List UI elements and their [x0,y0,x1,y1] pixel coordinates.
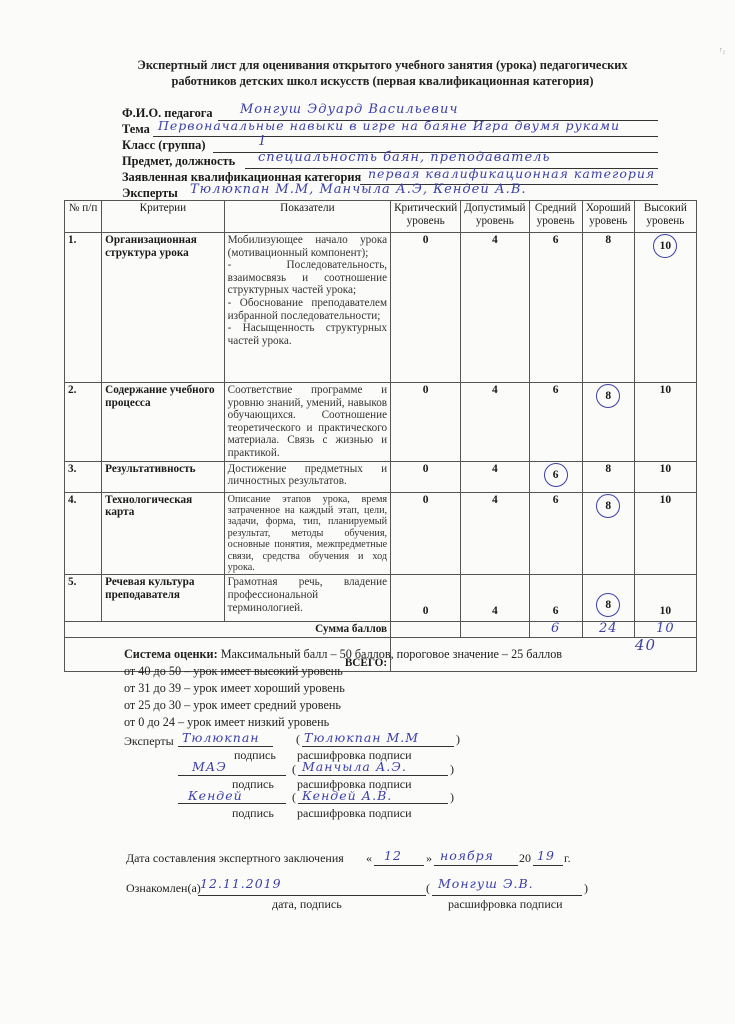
score-value: 0 [423,463,429,475]
expert-signature[interactable]: МАЭ [192,759,227,774]
score-value: 0 [423,605,429,617]
score-option[interactable]: 8 [582,383,634,462]
score-value: 10 [660,605,672,617]
selected-score: 8 [596,494,620,518]
open-paren: ( [296,732,300,747]
ack-decode-caption: расшифровка подписи [448,897,563,912]
document-title: Экспертный лист для оценивания открытого… [120,57,645,89]
score-value: 6 [553,234,559,246]
close-paren: ) [450,790,454,805]
title-line-2: работников детских школ искусств (первая… [120,73,645,89]
table-row: 2.Содержание учебного процессаСоответств… [65,383,697,462]
expert-signature[interactable]: Кендей [188,788,243,803]
table-row: 1.Организационная структура урокаМобилиз… [65,233,697,383]
acknowledged-decoded[interactable]: Монгуш Э.В. [438,876,534,891]
decode-line [302,746,454,747]
ack-open-paren: ( [426,881,430,896]
decode-line [298,775,448,776]
evaluation-table: № п/п Критерии Показатели Критический ур… [64,200,697,672]
sum-row: Сумма баллов 6 24 10 [65,622,697,638]
acknowledged-date[interactable]: 12.11.2019 [200,876,282,891]
table-row: 3.РезультативностьДостижение предметных … [65,461,697,492]
open-paren: ( [292,790,296,805]
score-option[interactable]: 4 [461,461,529,492]
sum-value: 24 [582,622,634,638]
header-criteria: Критерии [102,201,225,233]
table-body: 1.Организационная структура урокаМобилиз… [65,233,697,672]
expert-sheet-page: ↑₂ Экспертный лист для оценивания открыт… [0,0,735,1024]
date-open-quote: « [366,851,372,866]
row-number: 1. [65,233,102,383]
header-level-good: Хороший уровень [582,201,634,233]
score-value: 4 [492,234,498,246]
score-option[interactable]: 10 [634,383,696,462]
date-year-prefix: 20 [519,851,531,866]
expert-decoded[interactable]: Манчыла А.Э. [302,759,407,774]
score-value: 4 [492,384,498,396]
score-option[interactable]: 0 [391,575,461,622]
score-option[interactable]: 0 [391,492,461,575]
score-option[interactable]: 0 [391,233,461,383]
score-option[interactable]: 6 [529,383,582,462]
sum-label: Сумма баллов [65,622,391,638]
table-row: 4.Технологическая картаОписание этапов у… [65,492,697,575]
score-value: 8 [605,234,611,246]
selected-score: 6 [544,463,568,487]
table-row: 5.Речевая культура преподавателяГрамотна… [65,575,697,622]
indicators: Мобилизующее начало урока (мотивационный… [224,233,390,383]
scoring-system: Система оценки: Максимальный балл – 50 б… [124,646,562,731]
date-close-quote: » [426,851,432,866]
sum-value [391,622,461,638]
score-option[interactable]: 0 [391,461,461,492]
indicators: Описание этапов урока, время затраченное… [224,492,390,575]
decode-caption: расшифровка подписи [297,806,412,821]
signature-line [178,746,273,747]
score-option[interactable]: 6 [529,233,582,383]
score-option[interactable]: 8 [582,233,634,383]
indicators: Грамотная речь, владение профессионально… [224,575,390,622]
ack-close-paren: ) [584,881,588,896]
title-line-1: Экспертный лист для оценивания открытого… [120,57,645,73]
score-value: 6 [553,384,559,396]
header-level-high: Высокий уровень [634,201,696,233]
signature-line [178,803,286,804]
criterion: Результативность [102,461,225,492]
score-option[interactable]: 8 [582,492,634,575]
score-value: 10 [660,384,672,396]
subject-label: Предмет, должность [122,154,235,168]
score-value: 6 [553,494,559,506]
score-option[interactable]: 8 [582,461,634,492]
header-level-acceptable: Допустимый уровень [461,201,529,233]
score-value: 4 [492,463,498,475]
row-number: 5. [65,575,102,622]
signatures-experts-label: Эксперты [124,734,174,749]
row-number: 4. [65,492,102,575]
criterion: Организационная структура урока [102,233,225,383]
header-level-critical: Критический уровень [391,201,461,233]
signature-line [178,775,286,776]
sum-value: 6 [529,622,582,638]
selected-score: 8 [596,593,620,617]
score-option[interactable]: 8 [582,575,634,622]
scoring-level: от 25 до 30 – урок имеет средний уровень [124,697,562,714]
experts-value[interactable]: Тюлюкпан М.М, Манчыла А.Э, Кендей А.В. [190,182,527,197]
scoring-system-text: Максимальный балл – 50 баллов, пороговое… [221,647,562,661]
score-value: 4 [492,494,498,506]
date-year-end: г. [564,851,571,866]
subject-field: Предмет, должность [122,154,235,169]
date-year-suffix[interactable]: 19 [537,848,555,863]
score-option[interactable]: 10 [634,461,696,492]
expert-decoded[interactable]: Тюлюкпан М.М [304,730,419,745]
signature-caption: подпись [232,806,274,821]
teacher-value[interactable]: Монгуш Эдуард Васильевич [240,102,458,117]
scoring-system-label: Система оценки: [124,647,218,661]
selected-score: 8 [596,384,620,408]
topic-underline [153,136,658,137]
score-value: 4 [492,605,498,617]
close-paren: ) [450,762,454,777]
ack-line [198,895,426,896]
class-field: Класс (группа) [122,138,206,153]
score-option[interactable]: 4 [461,575,529,622]
score-option[interactable]: 10 [634,233,696,383]
month-line [434,865,518,866]
criterion: Технологическая карта [102,492,225,575]
scoring-level: от 31 до 39 – урок имеет хороший уровень [124,680,562,697]
score-option[interactable]: 10 [634,575,696,622]
open-paren: ( [292,762,296,777]
day-line [374,865,424,866]
date-month[interactable]: ноября [440,848,494,863]
score-value: 0 [423,494,429,506]
close-paren: ) [456,732,460,747]
score-option[interactable]: 6 [529,461,582,492]
score-option[interactable]: 4 [461,492,529,575]
criterion: Содержание учебного процесса [102,383,225,462]
ack-date-caption: дата, подпись [272,897,342,912]
selected-score: 10 [653,234,677,258]
sum-value [461,622,529,638]
signature-caption: подпись [234,748,276,763]
subject-value[interactable]: специальность баян, преподаватель [258,150,551,165]
topic-field: Тема [122,122,150,137]
scoring-level: от 40 до 50 – урок имеет высокий уровень [124,663,562,680]
category-value[interactable]: первая квалификационная категория [368,166,655,181]
class-label: Класс (группа) [122,138,206,152]
score-value: 10 [660,494,672,506]
expert-signature[interactable]: Тюлюкпан [182,730,260,745]
acknowledged-label: Ознакомлен(а) [126,881,201,896]
experts-label: Эксперты [122,186,178,200]
indicators: Соответствие программе и уровню знаний, … [224,383,390,462]
year-line [533,865,563,866]
expert-decoded[interactable]: Кендей А.В. [302,788,392,803]
ack-decode-line [432,895,582,896]
decode-line [298,803,448,804]
topic-label: Тема [122,122,150,136]
score-option[interactable]: 4 [461,233,529,383]
score-option[interactable]: 6 [529,492,582,575]
score-option[interactable]: 0 [391,383,461,462]
date-day[interactable]: 12 [384,848,402,863]
class-value[interactable]: 1 [258,134,267,149]
experts-field: Эксперты [122,186,178,201]
criterion: Речевая культура преподавателя [102,575,225,622]
score-value: 8 [605,463,611,475]
table-header-row: № п/п Критерии Показатели Критический ур… [65,201,697,233]
scoring-system-header: Система оценки: Максимальный балл – 50 б… [124,646,562,663]
score-option[interactable]: 4 [461,383,529,462]
score-value: 0 [423,384,429,396]
score-option[interactable]: 10 [634,492,696,575]
date-label: Дата составления экспертного заключения [126,851,344,866]
indicators: Достижение предметных и личностных резул… [224,461,390,492]
topic-value[interactable]: Первоначальные навыки в игре на баяне Иг… [158,118,620,133]
score-option[interactable]: 6 [529,575,582,622]
header-level-average: Средний уровень [529,201,582,233]
score-value: 6 [553,605,559,617]
corner-mark: ↑₂ [719,46,725,54]
row-number: 3. [65,461,102,492]
row-number: 2. [65,383,102,462]
score-value: 0 [423,234,429,246]
header-num: № п/п [65,201,102,233]
header-indicators: Показатели [224,201,390,233]
score-value: 10 [660,463,672,475]
scoring-level: от 0 до 24 – урок имеет низкий уровень [124,714,562,731]
